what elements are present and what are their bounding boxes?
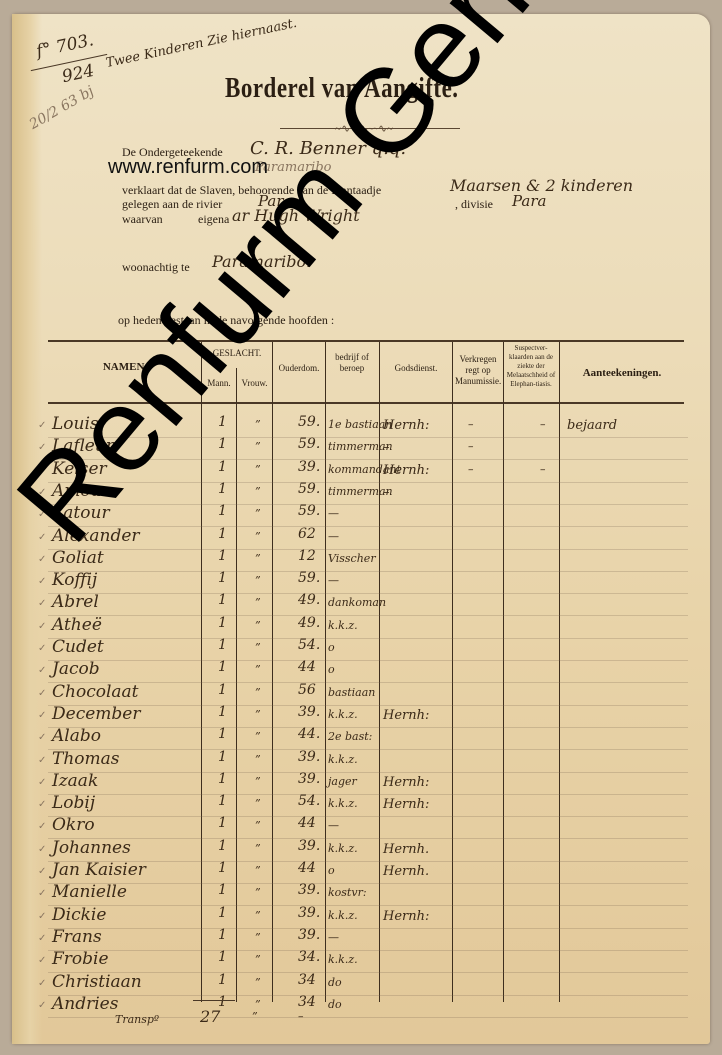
row-beroep: dankoman xyxy=(328,596,386,609)
total-mann: 27 xyxy=(200,1007,220,1026)
row-rule xyxy=(48,794,688,795)
row-vrouw: ” xyxy=(255,753,261,766)
check-mark-icon: ✓ xyxy=(38,911,46,922)
row-age: 39. xyxy=(298,749,320,765)
row-vrouw: ” xyxy=(255,931,261,944)
row-rule xyxy=(48,838,688,839)
check-mark-icon: ✓ xyxy=(38,799,46,810)
row-name: Dickie xyxy=(52,905,106,925)
row-godsdienst: Hernh: xyxy=(383,797,429,812)
check-mark-icon: ✓ xyxy=(38,955,46,966)
row-beroep: jager xyxy=(328,775,357,788)
row-age: 39. xyxy=(298,771,320,787)
row-name: Johannes xyxy=(52,838,131,858)
check-mark-icon: ✓ xyxy=(38,978,46,989)
row-godsdienst: Hernh: xyxy=(383,418,429,433)
check-mark-icon: ✓ xyxy=(38,665,46,676)
row-vrouw: ” xyxy=(255,909,261,922)
row-mann: 1 xyxy=(218,592,227,608)
table-row: ✓Andries1”34do xyxy=(0,998,722,1020)
row-mann: 1 xyxy=(218,526,227,542)
check-mark-icon: ✓ xyxy=(38,777,46,788)
row-mann: 1 xyxy=(218,548,227,564)
row-vrouw: ” xyxy=(255,663,261,676)
row-name: Atheë xyxy=(52,615,102,635)
row-age: 49. xyxy=(298,592,320,608)
table-row: ✓Thomas1”39.k.k.z. xyxy=(0,753,722,775)
table-row: ✓Koffij1”59.— xyxy=(0,574,722,596)
row-mann: 1 xyxy=(218,949,227,965)
row-name: Chocolaat xyxy=(52,682,139,702)
check-mark-icon: ✓ xyxy=(38,576,46,587)
row-mann: 1 xyxy=(218,972,227,988)
table-row: ✓Manielle1”39.kostvr: xyxy=(0,886,722,908)
row-suspect: – xyxy=(540,418,546,431)
total-rule xyxy=(193,1000,235,1001)
row-vrouw: ” xyxy=(255,976,261,989)
check-mark-icon: ✓ xyxy=(38,643,46,654)
row-mann: 1 xyxy=(218,704,227,720)
row-mann: 1 xyxy=(218,860,227,876)
row-beroep: — xyxy=(328,530,339,543)
row-vrouw: ” xyxy=(255,574,261,587)
row-beroep: k.k.z. xyxy=(328,842,358,855)
row-age: 59. xyxy=(298,503,320,519)
check-mark-icon: ✓ xyxy=(38,598,46,609)
row-rule xyxy=(48,727,688,728)
row-age: 39. xyxy=(298,838,320,854)
check-mark-icon: ✓ xyxy=(38,554,46,565)
row-godsdienst: Hernh: xyxy=(383,909,429,924)
row-mann: 1 xyxy=(218,637,227,653)
row-mann: 1 xyxy=(218,503,227,519)
row-beroep: — xyxy=(328,931,339,944)
table-row: ✓Abrel1”49.dankoman xyxy=(0,596,722,618)
row-mann: 1 xyxy=(218,749,227,765)
row-name: Lobij xyxy=(52,793,95,813)
row-vrouw: ” xyxy=(255,485,261,498)
row-rule xyxy=(48,549,688,550)
table-row: ✓Izaak1”39.jagerHernh: xyxy=(0,775,722,797)
row-godsdienst: Hernh. xyxy=(383,864,429,879)
row-rule xyxy=(48,593,688,594)
row-vrouw: ” xyxy=(255,507,261,520)
row-age: 12 xyxy=(298,548,316,564)
row-rule xyxy=(48,972,688,973)
row-note: bejaard xyxy=(567,418,617,433)
row-vrouw: ” xyxy=(255,463,261,476)
row-age: 39. xyxy=(298,459,320,475)
row-mann: 1 xyxy=(218,927,227,943)
row-name: Alabo xyxy=(52,726,101,746)
row-godsdienst: – xyxy=(383,485,390,500)
row-name: Thomas xyxy=(52,749,120,769)
check-mark-icon: ✓ xyxy=(38,844,46,855)
row-age: 56 xyxy=(298,682,316,698)
row-manumissie: – xyxy=(468,463,474,476)
row-mann: 1 xyxy=(218,905,227,921)
divisie-value: Para xyxy=(512,192,546,210)
row-mann: 1 xyxy=(218,838,227,854)
row-name: Jan Kaisier xyxy=(52,860,146,880)
row-rule xyxy=(48,772,688,773)
row-beroep: k.k.z. xyxy=(328,753,358,766)
row-rule xyxy=(48,883,688,884)
check-mark-icon: ✓ xyxy=(38,888,46,899)
row-vrouw: ” xyxy=(255,552,261,565)
rivier-label: gelegen aan de rivier xyxy=(122,197,222,212)
table-row: ✓Lobij1”54.k.k.z.Hernh: xyxy=(0,797,722,819)
header-verkregen: Verkregen regt op Manumissie. xyxy=(455,354,501,387)
row-mann: 1 xyxy=(218,682,227,698)
row-mann: 1 xyxy=(218,793,227,809)
row-mann: 1 xyxy=(218,459,227,475)
row-manumissie: – xyxy=(468,440,474,453)
row-age: 59. xyxy=(298,414,320,430)
row-godsdienst: Hernh: xyxy=(383,463,429,478)
row-beroep: k.k.z. xyxy=(328,909,358,922)
row-beroep: — xyxy=(328,574,339,587)
row-name: Frobie xyxy=(52,949,109,969)
row-beroep: o xyxy=(328,663,335,676)
row-name: December xyxy=(52,704,140,724)
row-mann: 1 xyxy=(218,659,227,675)
row-age: 44. xyxy=(298,726,320,742)
row-age: 44 xyxy=(298,860,316,876)
total-vrouw: ” xyxy=(252,1010,258,1023)
row-age: 54. xyxy=(298,637,320,653)
row-beroep: k.k.z. xyxy=(328,708,358,721)
total-age: – xyxy=(298,1010,304,1023)
row-name: Jacob xyxy=(52,659,100,679)
row-vrouw: ” xyxy=(255,596,261,609)
row-name: Christiaan xyxy=(52,972,142,992)
row-vrouw: ” xyxy=(255,686,261,699)
row-age: 54. xyxy=(298,793,320,809)
row-godsdienst: Hernh: xyxy=(383,708,429,723)
row-rule xyxy=(48,816,688,817)
row-mann: 1 xyxy=(218,726,227,742)
header-godsdienst: Godsdienst. xyxy=(380,363,452,374)
row-age: 39. xyxy=(298,927,320,943)
check-mark-icon: ✓ xyxy=(38,688,46,699)
row-age: 49. xyxy=(298,615,320,631)
check-mark-icon: ✓ xyxy=(38,532,46,543)
row-godsdienst: Hernh. xyxy=(383,842,429,857)
row-vrouw: ” xyxy=(255,886,261,899)
row-vrouw: ” xyxy=(255,708,261,721)
check-mark-icon: ✓ xyxy=(38,933,46,944)
row-vrouw: ” xyxy=(255,440,261,453)
check-mark-icon: ✓ xyxy=(38,1000,46,1011)
row-name: Cudet xyxy=(52,637,104,657)
row-beroep: do xyxy=(328,998,342,1011)
row-name: Koffij xyxy=(52,570,97,590)
row-vrouw: ” xyxy=(255,775,261,788)
check-mark-icon: ✓ xyxy=(38,710,46,721)
row-rule xyxy=(48,660,688,661)
row-age: 34 xyxy=(298,994,316,1010)
row-age: 34. xyxy=(298,949,320,965)
row-beroep: k.k.z. xyxy=(328,619,358,632)
row-manumissie: – xyxy=(468,418,474,431)
row-rule xyxy=(48,615,688,616)
row-age: 44 xyxy=(298,815,316,831)
row-vrouw: ” xyxy=(255,418,261,431)
row-mann: 1 xyxy=(218,481,227,497)
row-vrouw: ” xyxy=(255,530,261,543)
row-vrouw: ” xyxy=(255,641,261,654)
row-vrouw: ” xyxy=(255,953,261,966)
row-beroep: k.k.z. xyxy=(328,797,358,810)
row-beroep: Visscher xyxy=(328,552,376,565)
total-label: Transpº xyxy=(115,1013,159,1026)
row-age: 44 xyxy=(298,659,316,675)
row-name: Andries xyxy=(52,994,118,1014)
header-aanteekeningen: Aanteekeningen. xyxy=(562,368,682,379)
row-rule xyxy=(48,749,688,750)
check-mark-icon: ✓ xyxy=(38,732,46,743)
row-vrouw: ” xyxy=(255,730,261,743)
row-name: Abrel xyxy=(52,592,99,612)
row-rule xyxy=(48,995,688,996)
row-beroep: do xyxy=(328,976,342,989)
row-mann: 1 xyxy=(218,436,227,452)
row-beroep: k.k.z. xyxy=(328,953,358,966)
row-rule xyxy=(48,571,688,572)
row-mann: 1 xyxy=(218,815,227,831)
row-age: 62 xyxy=(298,526,316,542)
row-beroep: — xyxy=(328,507,339,520)
row-rule xyxy=(48,928,688,929)
row-mann: 1 xyxy=(218,771,227,787)
row-beroep: o xyxy=(328,641,335,654)
row-age: 34 xyxy=(298,972,316,988)
row-rule xyxy=(48,682,688,683)
row-vrouw: ” xyxy=(255,619,261,632)
row-mann: 1 xyxy=(218,615,227,631)
waarvan-label: waarvan xyxy=(122,212,163,227)
row-godsdienst: – xyxy=(383,440,390,455)
row-name: Frans xyxy=(52,927,102,947)
row-vrouw: ” xyxy=(255,864,261,877)
divisie-label: , divisie xyxy=(455,197,493,212)
table-row: ✓Goliat1”12Visscher xyxy=(0,552,722,574)
row-rule xyxy=(48,950,688,951)
row-beroep: o xyxy=(328,864,335,877)
header-ouderdom: Ouderdom. xyxy=(273,363,325,374)
row-beroep: 2e bast: xyxy=(328,730,372,743)
row-rule xyxy=(48,526,688,527)
row-age: 39. xyxy=(298,882,320,898)
check-mark-icon: ✓ xyxy=(38,866,46,877)
row-rule xyxy=(48,638,688,639)
row-beroep: kostvr: xyxy=(328,886,367,899)
check-mark-icon: ✓ xyxy=(38,755,46,766)
check-mark-icon: ✓ xyxy=(38,821,46,832)
row-age: 39. xyxy=(298,905,320,921)
row-age: 59. xyxy=(298,481,320,497)
row-beroep: bastiaan xyxy=(328,686,375,699)
row-beroep: — xyxy=(328,819,339,832)
row-rule xyxy=(48,905,688,906)
row-name: Okro xyxy=(52,815,95,835)
table-row: ✓Cudet1”54.o xyxy=(0,641,722,663)
row-vrouw: ” xyxy=(255,819,261,832)
row-age: 59. xyxy=(298,436,320,452)
row-rule xyxy=(48,705,688,706)
row-godsdienst: Hernh: xyxy=(383,775,429,790)
row-name: Manielle xyxy=(52,882,127,902)
table-row: ✓Dickie1”39.k.k.z.Hernh: xyxy=(0,909,722,931)
row-mann: 1 xyxy=(218,570,227,586)
table-row: ✓Atheë1”49.k.k.z. xyxy=(0,619,722,641)
header-suspect: Suspectver-klaarden aan de ziekte der Me… xyxy=(505,344,557,389)
row-mann: 1 xyxy=(218,882,227,898)
row-vrouw: ” xyxy=(255,797,261,810)
row-age: 39. xyxy=(298,704,320,720)
row-name: Izaak xyxy=(52,771,98,791)
table-row: ✓December1”39.k.k.z.Hernh: xyxy=(0,708,722,730)
check-mark-icon: ✓ xyxy=(38,621,46,632)
row-suspect: – xyxy=(540,463,546,476)
header-bedrijf: bedrijf of beroep xyxy=(330,352,374,374)
row-age: 59. xyxy=(298,570,320,586)
row-vrouw: ” xyxy=(255,842,261,855)
